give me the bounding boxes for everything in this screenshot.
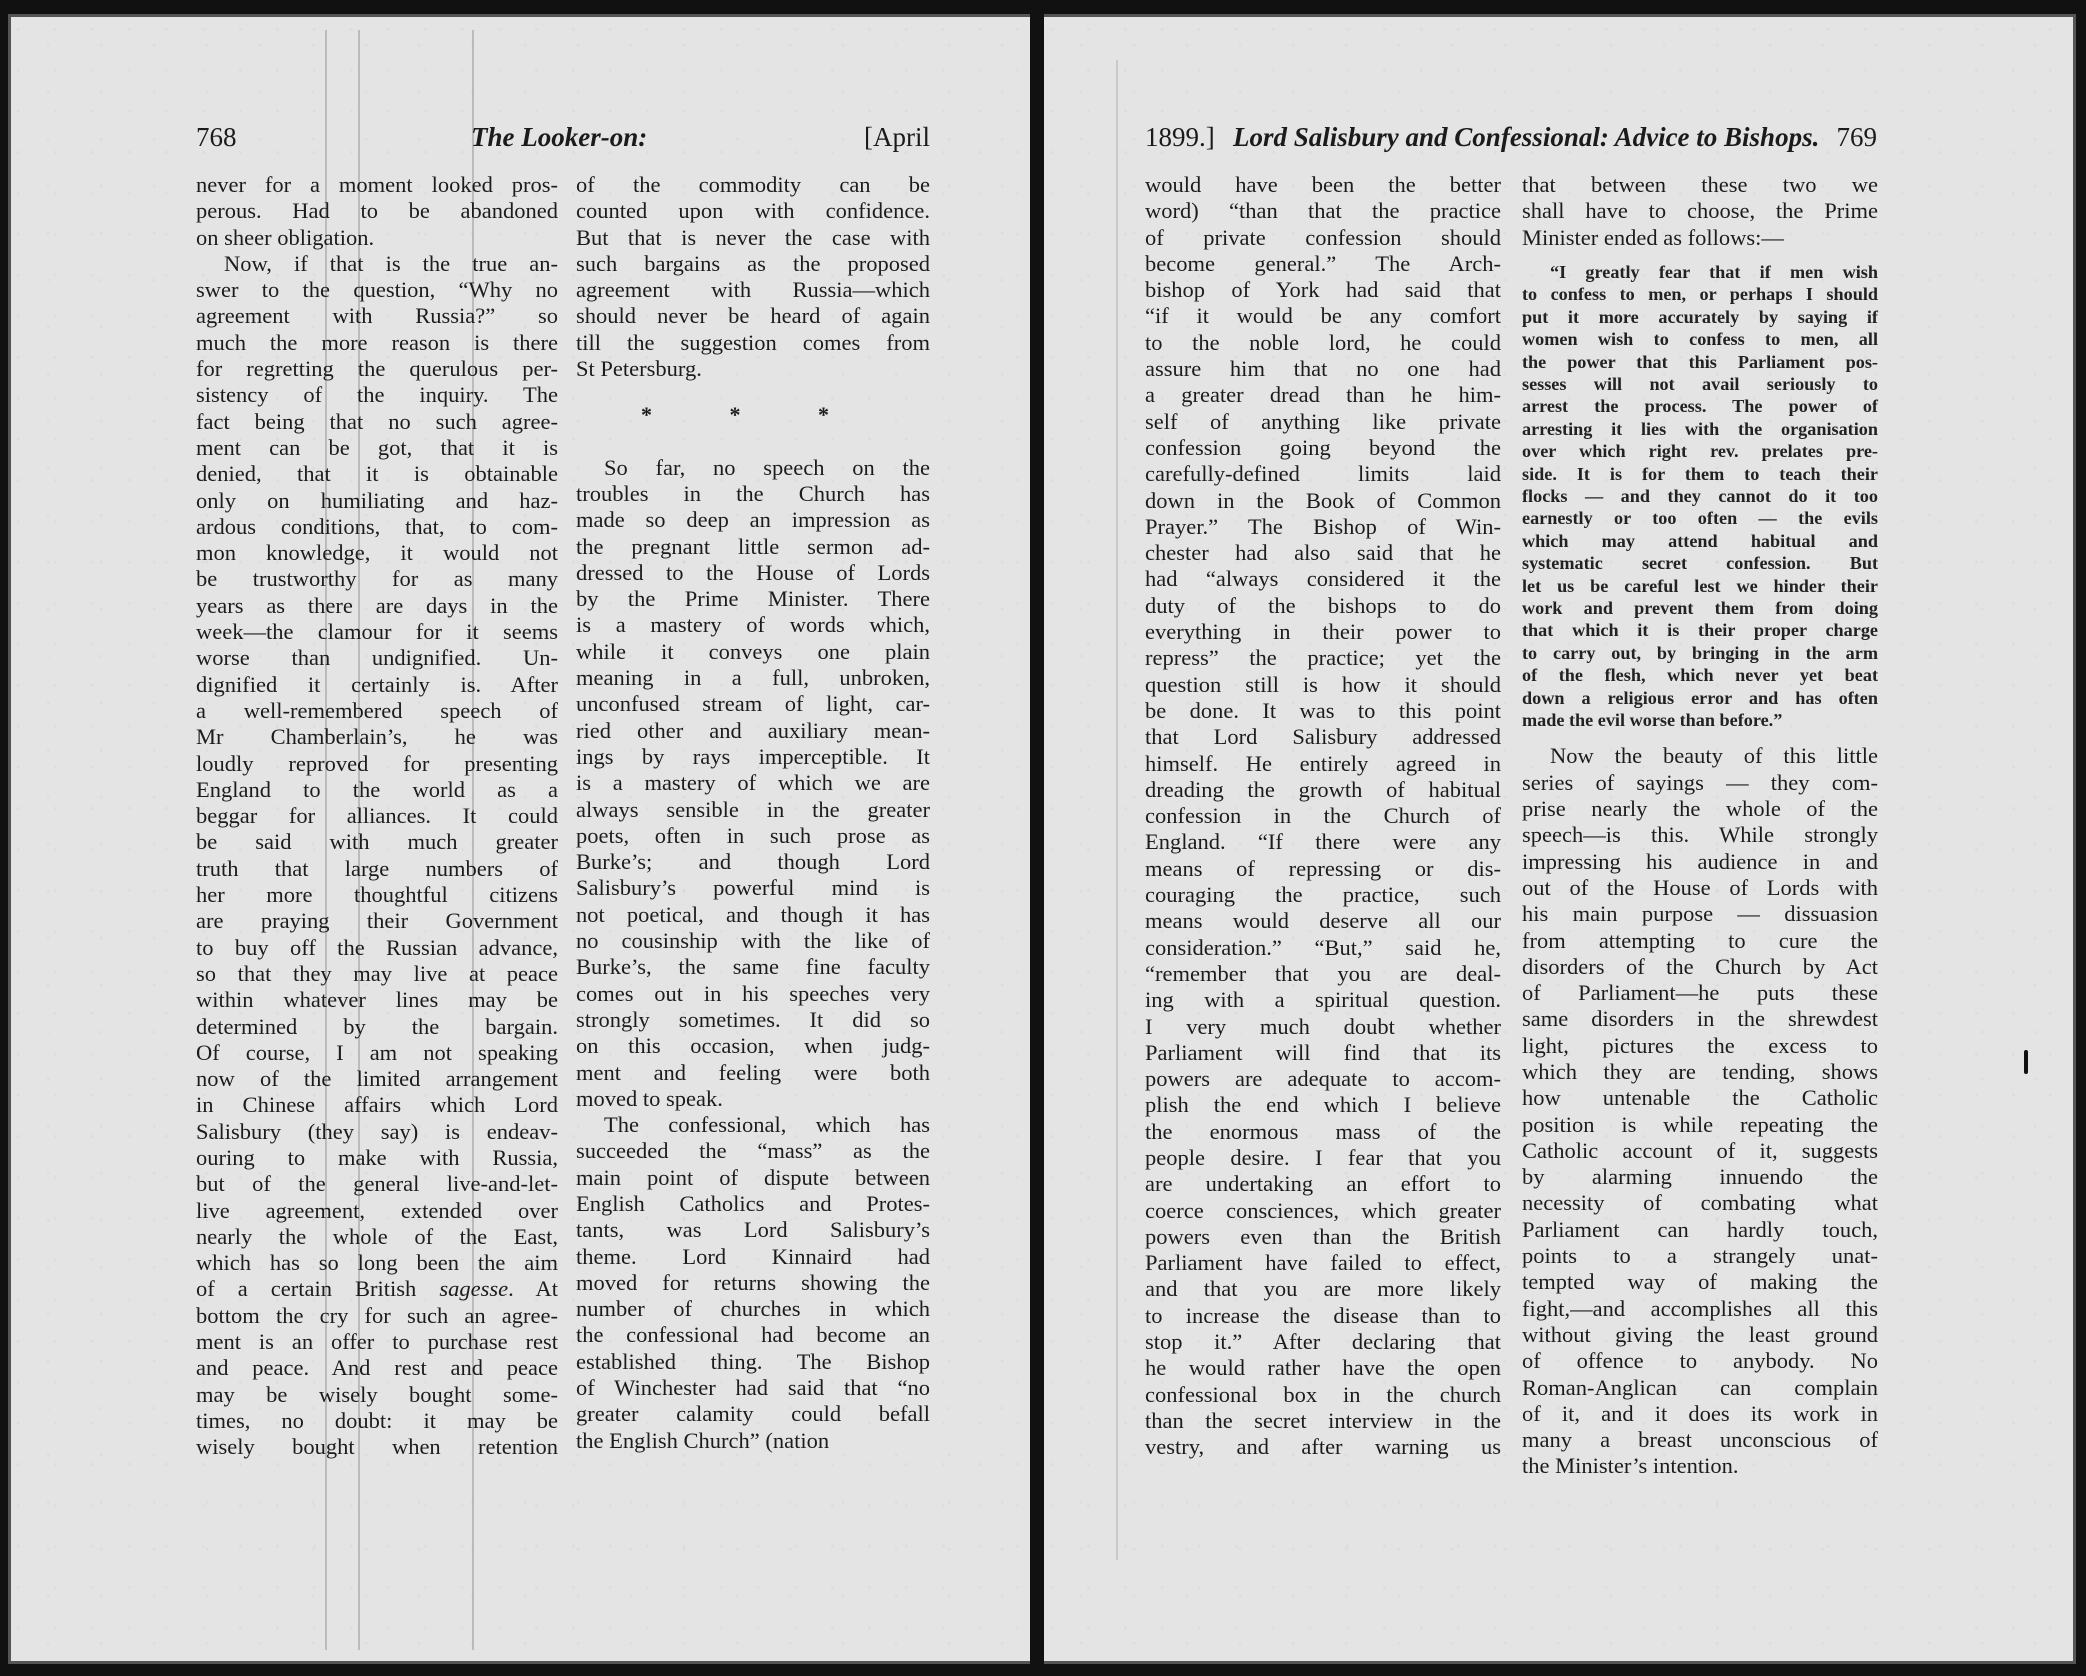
text-line: which they are tending, shows	[1522, 1059, 1878, 1085]
text-line: England. “If there were any	[1145, 829, 1501, 855]
text-line: he would rather have the open	[1145, 1355, 1501, 1381]
text-line: may be wisely bought some-	[196, 1382, 558, 1408]
left-column-2: of the commodity can becounted upon with…	[576, 172, 930, 1454]
text-line: the power that this Parliament pos-	[1522, 351, 1878, 373]
text-line: Minister ended as follows:—	[1522, 225, 1878, 251]
text-line: bottom the cry for such an agree-	[196, 1303, 558, 1329]
text-line: “if it would be any comfort	[1145, 303, 1501, 329]
text-line: main point of dispute between	[576, 1165, 930, 1191]
text-line: himself. He entirely agreed in	[1145, 751, 1501, 777]
text-line: while it conveys one plain	[576, 639, 930, 665]
text-line: theme. Lord Kinnaird had	[576, 1244, 930, 1270]
text-line: wisely bought when retention	[196, 1434, 558, 1460]
text-line: earnestly or too often — the evils	[1522, 507, 1878, 529]
text-line: till the suggestion comes from	[576, 330, 930, 356]
text-line: to the noble lord, he could	[1145, 330, 1501, 356]
text-line: succeeded the “mass” as the	[576, 1138, 930, 1164]
column-text-bottom: So far, no speech on thetroubles in the …	[576, 455, 930, 1454]
running-title: The Looker-on:	[471, 122, 647, 153]
text-line: perous. Had to be abandoned	[196, 198, 558, 224]
text-line: determined by the bargain.	[196, 1014, 558, 1040]
text-line: Parliament have failed to effect,	[1145, 1250, 1501, 1276]
text-line: question still is how it should	[1145, 672, 1501, 698]
text-line: on this occasion, when judg-	[576, 1033, 930, 1059]
text-line: the enormous mass of the	[1145, 1119, 1501, 1145]
text-line: duty of the bishops to do	[1145, 593, 1501, 619]
text-line: necessity of combating what	[1522, 1190, 1878, 1216]
text-line: tempted way of making the	[1522, 1269, 1878, 1295]
text-line: not poetical, and though it has	[576, 902, 930, 928]
text-line: comes out in his speeches very	[576, 981, 930, 1007]
scan-speck	[1035, 1555, 1041, 1560]
text-line: worse than undignified. Un-	[196, 645, 558, 671]
text-line: so that they may live at peace	[196, 961, 558, 987]
text-line: dreading the growth of habitual	[1145, 777, 1501, 803]
left-running-head: 768 The Looker-on: [April	[196, 122, 930, 162]
text-line: ment and feeling were both	[576, 1060, 930, 1086]
text-line: So far, no speech on the	[576, 455, 930, 481]
text-line: beggar for alliances. It could	[196, 803, 558, 829]
text-line: nearly the whole of the East,	[196, 1224, 558, 1250]
text-line: agreement with Russia?” so	[196, 303, 558, 329]
right-running-head: 1899.] Lord Salisbury and Confessional: …	[1145, 122, 1877, 162]
text-line: St Petersburg.	[576, 356, 930, 382]
text-line: Roman-Anglican can complain	[1522, 1375, 1878, 1401]
text-line: moved for returns showing the	[576, 1270, 930, 1296]
text-line: for regretting the querulous per-	[196, 356, 558, 382]
text-line: Now the beauty of this little	[1522, 743, 1878, 769]
text-line: no cousinship with the like of	[576, 928, 930, 954]
text-line: down a religious error and has often	[1522, 687, 1878, 709]
text-line: to carry out, by bringing in the arm	[1522, 642, 1878, 664]
text-line: by alarming innuendo the	[1522, 1164, 1878, 1190]
text-line: English Catholics and Protes-	[576, 1191, 930, 1217]
text-line: vestry, and after warning us	[1145, 1434, 1501, 1460]
text-line: out of the House of Lords with	[1522, 875, 1878, 901]
text-line: same disorders in the shrewdest	[1522, 1006, 1878, 1032]
text-line: much the more reason is there	[196, 330, 558, 356]
text-line: sistency of the inquiry. The	[196, 382, 558, 408]
text-line: points to a strangely unat-	[1522, 1243, 1878, 1269]
text-line: is a mastery of words which,	[576, 612, 930, 638]
text-line: disorders of the Church by Act	[1522, 954, 1878, 980]
text-line: on sheer obligation.	[196, 225, 558, 251]
text-line: tants, was Lord Salisbury’s	[576, 1217, 930, 1243]
text-line: the pregnant little sermon ad-	[576, 534, 930, 560]
text-line: troubles in the Church has	[576, 481, 930, 507]
text-line: of the commodity can be	[576, 172, 930, 198]
text-line: which has so long been the aim	[196, 1250, 558, 1276]
text-line: down in the Book of Common	[1145, 488, 1501, 514]
text-line: now of the limited arrangement	[196, 1066, 558, 1092]
text-line: moved to speak.	[576, 1086, 930, 1112]
text-line: how untenable the Catholic	[1522, 1085, 1878, 1111]
text-line: light, pictures the excess to	[1522, 1033, 1878, 1059]
text-line: ried other and auxiliary mean-	[576, 718, 930, 744]
text-line: strongly sometimes. It did so	[576, 1007, 930, 1033]
text-line: bishop of York had said that	[1145, 277, 1501, 303]
text-line: of Parliament—he puts these	[1522, 980, 1878, 1006]
text-line: shall have to choose, the Prime	[1522, 198, 1878, 224]
text-line: ardous conditions, that, to com-	[196, 514, 558, 540]
text-line: confession going beyond the	[1145, 435, 1501, 461]
text-line: work and prevent them from doing	[1522, 597, 1878, 619]
text-line: live agreement, extended over	[196, 1198, 558, 1224]
left-column-1: never for a moment looked pros-perous. H…	[196, 172, 558, 1461]
text-line: of Winchester had said that “no	[576, 1375, 930, 1401]
text-line: dignified it certainly is. After	[196, 672, 558, 698]
text-line: week—the clamour for it seems	[196, 619, 558, 645]
text-line: fight,—and accomplishes all this	[1522, 1296, 1878, 1322]
text-line: But that is never the case with	[576, 225, 930, 251]
text-line: from attempting to cure the	[1522, 928, 1878, 954]
text-line: women wish to confess to men, all	[1522, 328, 1878, 350]
text-line: let us be careful lest we hinder their	[1522, 575, 1878, 597]
text-line: Burke’s; and though Lord	[576, 849, 930, 875]
text-line: made so deep an impression as	[576, 507, 930, 533]
column-text-top: of the commodity can becounted upon with…	[576, 172, 930, 382]
text-line: Parliament can hardly touch,	[1522, 1217, 1878, 1243]
text-line: fact being that no such agree-	[196, 409, 558, 435]
text-line: to increase the disease than to	[1145, 1303, 1501, 1329]
page-number: 768	[196, 122, 237, 153]
text-line: only on humiliating and haz-	[196, 488, 558, 514]
text-line: truth that large numbers of	[196, 856, 558, 882]
text-line: arrest the process. The power of	[1522, 395, 1878, 417]
text-line: arresting it lies with the organisation	[1522, 418, 1878, 440]
text-line: plish the end which I believe	[1145, 1092, 1501, 1118]
text-line: consideration.” “But,” said he,	[1145, 935, 1501, 961]
text-line: that which it is their proper charge	[1522, 619, 1878, 641]
text-line: of it, and it does its work in	[1522, 1401, 1878, 1427]
text-line: but of the general live-and-let-	[196, 1171, 558, 1197]
text-line: made the evil worse than before.”	[1522, 709, 1878, 731]
text-line: agreement with Russia—which	[576, 277, 930, 303]
text-line: series of sayings — they com-	[1522, 770, 1878, 796]
column-text-bottom: Now the beauty of this littleseries of s…	[1522, 743, 1878, 1479]
text-line: the confessional had become an	[576, 1322, 930, 1348]
text-line: people desire. I fear that you	[1145, 1145, 1501, 1171]
text-line: and that you are more likely	[1145, 1276, 1501, 1302]
text-line: systematic secret confession. But	[1522, 552, 1878, 574]
text-line: the English Church” (nation	[576, 1428, 930, 1454]
right-column-1: would have been the betterword) “than th…	[1145, 172, 1501, 1461]
text-line: become general.” The Arch-	[1145, 251, 1501, 277]
text-line: powers even than the British	[1145, 1224, 1501, 1250]
text-line: without giving the least ground	[1522, 1322, 1878, 1348]
text-line: Now, if that is the true an-	[196, 251, 558, 277]
text-line: be trustworthy for as many	[196, 566, 558, 592]
text-line: Mr Chamberlain’s, he was	[196, 724, 558, 750]
right-column-2: that between these two weshall have to c…	[1522, 172, 1878, 1480]
text-line: means of repressing or dis-	[1145, 856, 1501, 882]
text-line: that Lord Salisbury addressed	[1145, 724, 1501, 750]
text-line: never for a moment looked pros-	[196, 172, 558, 198]
text-line: ings by rays imperceptible. It	[576, 744, 930, 770]
text-line: by the Prime Minister. There	[576, 586, 930, 612]
text-line: her more thoughtful citizens	[196, 882, 558, 908]
text-line: are undertaking an effort to	[1145, 1171, 1501, 1197]
text-line: be done. It was to this point	[1145, 698, 1501, 724]
column-text-top: that between these two weshall have to c…	[1522, 172, 1878, 251]
text-line: over which right rev. prelates pre-	[1522, 440, 1878, 462]
text-line: years as there are days in the	[196, 593, 558, 619]
text-line: his main purpose — dissuasion	[1522, 901, 1878, 927]
text-line: a well-remembered speech of	[196, 698, 558, 724]
text-line: poets, often in such prose as	[576, 823, 930, 849]
text-line: ment is an offer to purchase rest	[196, 1329, 558, 1355]
section-separator: * * *	[576, 402, 930, 428]
text-line: England to the world as a	[196, 777, 558, 803]
text-line: of the flesh, which never yet beat	[1522, 664, 1878, 686]
text-line: the Minister’s intention.	[1522, 1453, 1878, 1479]
date-mark: [April	[864, 122, 930, 153]
text-line: number of churches in which	[576, 1296, 930, 1322]
text-line: sesses will not avail seriously to	[1522, 373, 1878, 395]
text-line: swer to the question, “Why no	[196, 277, 558, 303]
text-line: “remember that you are deal-	[1145, 961, 1501, 987]
text-line: denied, that it is obtainable	[196, 461, 558, 487]
text-line: ing with a spiritual question.	[1145, 987, 1501, 1013]
text-line: than the secret interview in the	[1145, 1408, 1501, 1434]
text-line: Burke’s, the same fine faculty	[576, 954, 930, 980]
text-line: self of anything like private	[1145, 409, 1501, 435]
text-line: in Chinese affairs which Lord	[196, 1092, 558, 1118]
text-line: flocks — and they cannot do it too	[1522, 485, 1878, 507]
text-line: a greater dread than he him-	[1145, 382, 1501, 408]
text-line: to confess to men, or perhaps I should	[1522, 283, 1878, 305]
text-line: of a certain British sagesse. At	[196, 1276, 558, 1302]
text-line: means would deserve all our	[1145, 908, 1501, 934]
text-line: is a mastery of which we are	[576, 770, 930, 796]
text-line: Prayer.” The Bishop of Win-	[1145, 514, 1501, 540]
text-line: position is while repeating the	[1522, 1112, 1878, 1138]
text-line: coerce consciences, which greater	[1145, 1198, 1501, 1224]
text-line: I very much doubt whether	[1145, 1014, 1501, 1040]
text-line: are praying their Government	[196, 908, 558, 934]
text-line: ouring to make with Russia,	[196, 1145, 558, 1171]
text-line: should never be heard of again	[576, 303, 930, 329]
text-line: and peace. And rest and peace	[196, 1355, 558, 1381]
text-line: word) “than that the practice	[1145, 198, 1501, 224]
page-number: 769	[1837, 122, 1878, 153]
text-line: many a breast unconscious of	[1522, 1427, 1878, 1453]
text-line: unconfused stream of light, car-	[576, 691, 930, 717]
text-line: couraging the practice, such	[1145, 882, 1501, 908]
block-quote: “I greatly fear that if men wishto confe…	[1522, 261, 1878, 732]
text-line: The confessional, which has	[576, 1112, 930, 1138]
text-line: chester had also said that he	[1145, 540, 1501, 566]
text-line: loudly reproved for presenting	[196, 751, 558, 777]
text-line: times, no doubt: it may be	[196, 1408, 558, 1434]
text-line: within whatever lines may be	[196, 987, 558, 1013]
text-line: Salisbury (they say) is endeav-	[196, 1119, 558, 1145]
text-line: be said with much greater	[196, 829, 558, 855]
text-line: “I greatly fear that if men wish	[1522, 261, 1878, 283]
text-line: ment can be got, that it is	[196, 435, 558, 461]
text-line: prise nearly the whole of the	[1522, 796, 1878, 822]
text-line: greater calamity could befall	[576, 1401, 930, 1427]
text-line: speech—is this. While strongly	[1522, 822, 1878, 848]
text-line: mon knowledge, it would not	[196, 540, 558, 566]
scan-line	[1116, 60, 1118, 1560]
text-line: confessional box in the church	[1145, 1382, 1501, 1408]
text-line: dressed to the House of Lords	[576, 560, 930, 586]
text-line: repress” the practice; yet the	[1145, 645, 1501, 671]
text-line: Catholic account of it, suggests	[1522, 1138, 1878, 1164]
text-line: had “always considered it the	[1145, 566, 1501, 592]
text-line: put it more accurately by saying if	[1522, 306, 1878, 328]
text-line: carefully-defined limits laid	[1145, 461, 1501, 487]
text-line: powers are adequate to accom-	[1145, 1066, 1501, 1092]
text-line: of offence to anybody. No	[1522, 1348, 1878, 1374]
text-line: Parliament will find that its	[1145, 1040, 1501, 1066]
date-mark: 1899.]	[1145, 122, 1215, 153]
text-line: to buy off the Russian advance,	[196, 935, 558, 961]
text-line: meaning in a full, unbroken,	[576, 665, 930, 691]
text-line: always sensible in the greater	[576, 797, 930, 823]
text-line: of private confession should	[1145, 225, 1501, 251]
text-line: Of course, I am not speaking	[196, 1040, 558, 1066]
text-line: that between these two we	[1522, 172, 1878, 198]
text-line: which may attend habitual and	[1522, 530, 1878, 552]
scan-speck	[2024, 1050, 2028, 1074]
book-gutter	[1030, 0, 1044, 1676]
text-line: such bargains as the proposed	[576, 251, 930, 277]
text-line: counted upon with confidence.	[576, 198, 930, 224]
text-line: side. It is for them to teach their	[1522, 463, 1878, 485]
text-line: stop it.” After declaring that	[1145, 1329, 1501, 1355]
text-line: would have been the better	[1145, 172, 1501, 198]
text-line: everything in their power to	[1145, 619, 1501, 645]
text-line: Salisbury’s powerful mind is	[576, 875, 930, 901]
text-line: established thing. The Bishop	[576, 1349, 930, 1375]
running-title: Lord Salisbury and Confessional: Advice …	[1233, 122, 1819, 153]
text-line: confession in the Church of	[1145, 803, 1501, 829]
text-line: assure him that no one had	[1145, 356, 1501, 382]
text-line: impressing his audience in and	[1522, 849, 1878, 875]
